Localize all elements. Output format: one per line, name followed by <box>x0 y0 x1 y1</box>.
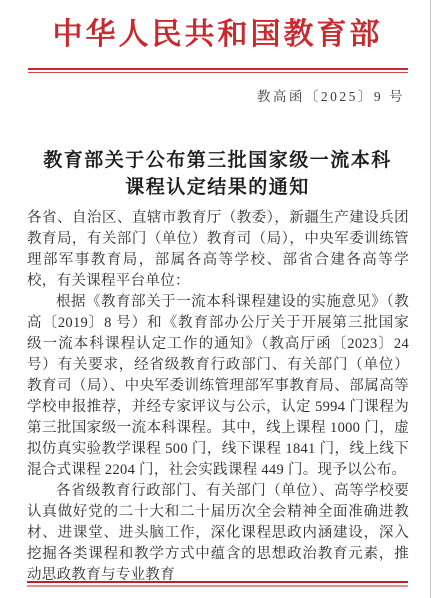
requirements-paragraph: 各省级教育行政部门、有关部门（单位）、高等学校要认真做好党的二十大和二十届历次全… <box>27 481 409 586</box>
document-title-line-1: 教育部关于公布第三批国家级一流本科 <box>0 147 435 174</box>
document-page: 中华人民共和国教育部 教高函〔2025〕9 号 教育部关于公布第三批国家级一流本… <box>0 0 435 598</box>
masthead-double-rule <box>28 68 408 73</box>
document-body: 各省、自治区、直辖市教育厅（教委），新疆生产建设兵团教育局，有关部门（单位）教育… <box>27 208 409 586</box>
scan-edge-line <box>430 0 431 598</box>
agency-masthead: 中华人民共和国教育部 <box>0 18 435 52</box>
page-crop-double-rule <box>27 581 408 587</box>
document-title: 教育部关于公布第三批国家级一流本科 课程认定结果的通知 <box>0 147 435 201</box>
salutation-paragraph: 各省、自治区、直辖市教育厅（教委），新疆生产建设兵团教育局，有关部门（单位）教育… <box>27 208 409 292</box>
document-title-line-2: 课程认定结果的通知 <box>0 174 435 201</box>
announcement-paragraph: 根据《教育部关于一流本科课程建设的实施意见》（教高〔2019〕8 号）和《教育部… <box>27 292 409 481</box>
document-number: 教高函〔2025〕9 号 <box>257 85 405 105</box>
